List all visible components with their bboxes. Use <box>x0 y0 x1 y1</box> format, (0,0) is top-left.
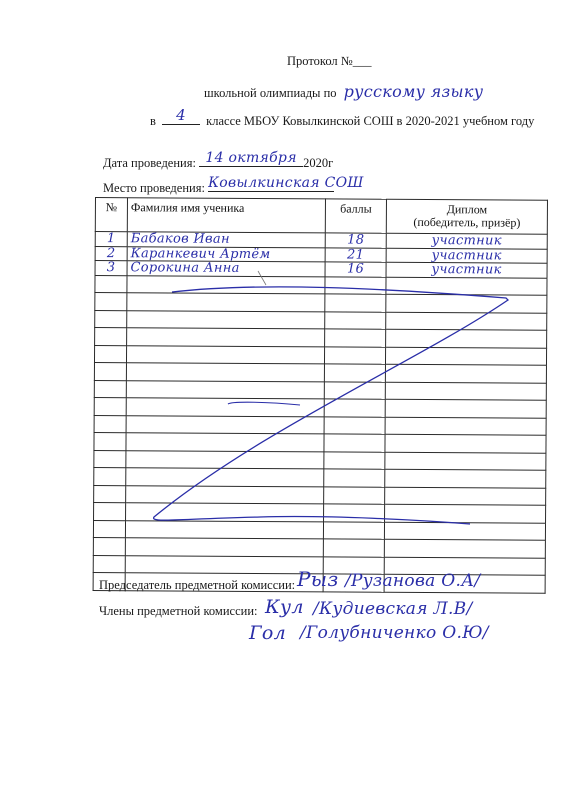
cell-diploma: участник <box>386 248 547 263</box>
cell-empty <box>324 416 385 434</box>
header-score: баллы <box>325 199 386 233</box>
cell-empty <box>95 328 127 346</box>
cell-empty <box>94 415 126 433</box>
grade-prefix: в <box>150 114 156 128</box>
cell-empty <box>324 434 385 452</box>
table-header-row: № Фамилия имя ученика баллы Диплом (побе… <box>95 198 547 235</box>
cell-empty <box>94 397 126 415</box>
cell-empty <box>127 293 325 312</box>
cell-empty <box>386 277 547 295</box>
cell-empty <box>95 293 127 311</box>
cell-empty <box>385 452 546 470</box>
cell-diploma: участник <box>386 233 547 248</box>
cell-empty <box>385 469 546 487</box>
cell-empty <box>386 294 547 312</box>
cell-score: 21 <box>325 247 386 262</box>
cell-empty <box>385 347 546 365</box>
cell-empty <box>324 451 385 469</box>
cell-num: 2 <box>95 246 127 261</box>
grade-handwritten: 4 <box>162 106 200 124</box>
header-name: Фамилия имя ученика <box>127 198 325 233</box>
cell-empty <box>126 450 324 469</box>
protocol-title: Протокол №___ <box>287 54 371 69</box>
cell-diploma-value: участник <box>431 262 501 277</box>
subject-handwritten: русскому языку <box>344 82 484 101</box>
cell-empty <box>94 362 126 380</box>
cell-empty <box>324 364 385 382</box>
cell-name-value: Сорокина Анна <box>131 260 240 276</box>
grade-suffix: классе МБОУ Ковылкинской СОШ в 2020-2021… <box>206 114 534 128</box>
cell-empty <box>127 328 325 347</box>
header-num: № <box>95 198 127 232</box>
cell-num-value: 3 <box>107 260 116 275</box>
cell-empty <box>385 434 546 452</box>
cell-empty <box>385 399 546 417</box>
place-blank: Ковылкинская СОШ <box>208 177 334 192</box>
cell-empty <box>385 382 546 400</box>
cell-empty <box>324 486 385 504</box>
cell-empty <box>385 487 546 505</box>
date-label: Дата проведения: <box>103 156 196 170</box>
cell-empty <box>93 537 125 555</box>
cell-empty <box>325 329 386 347</box>
cell-empty <box>126 503 324 522</box>
cell-empty <box>384 539 545 557</box>
olympiad-prefix: школьной олимпиады по <box>204 86 337 100</box>
cell-empty <box>95 310 127 328</box>
olympiad-line: школьной олимпиады по русскому языку <box>204 82 483 101</box>
cell-num-value: 1 <box>107 231 116 246</box>
chair-signature: Рыз <box>297 567 339 591</box>
cell-score-value: 18 <box>347 233 364 248</box>
place-label: Место проведения: <box>103 181 205 195</box>
cell-empty <box>385 364 546 382</box>
cell-empty <box>125 538 323 557</box>
cell-empty <box>126 380 324 399</box>
cell-empty <box>126 433 324 452</box>
cell-name-value: Бабаков Иван <box>131 231 230 247</box>
cell-empty <box>126 468 324 487</box>
member-2-name: /Голубниченко О.Ю/ <box>300 623 489 643</box>
cell-empty <box>126 485 324 504</box>
cell-empty <box>324 469 385 487</box>
cell-empty <box>126 415 324 434</box>
results-table: № Фамилия имя ученика баллы Диплом (побе… <box>93 197 548 593</box>
cell-empty <box>94 380 126 398</box>
cell-empty <box>94 485 126 503</box>
cell-diploma-value: участник <box>432 233 502 248</box>
member-1-name: /Кудиевская Л.В/ <box>313 599 473 619</box>
cell-empty <box>323 521 384 539</box>
members-label: Члены предметной комиссии: <box>99 604 257 619</box>
cell-empty <box>127 275 325 294</box>
cell-empty <box>94 432 126 450</box>
cell-empty <box>127 310 325 329</box>
cell-empty <box>385 417 546 435</box>
cell-name: Сорокина Анна <box>127 261 325 277</box>
cell-diploma: участник <box>386 262 547 277</box>
grade-blank: 4 <box>162 110 200 125</box>
date-suffix: 2020г <box>303 156 333 170</box>
cell-diploma-value: участник <box>432 248 502 263</box>
grade-line: в 4 классе МБОУ Ковылкинской СОШ в 2020-… <box>150 110 534 129</box>
cell-empty <box>125 520 323 539</box>
cell-score-value: 16 <box>347 262 364 277</box>
cell-empty <box>386 329 547 347</box>
cell-empty <box>384 522 545 540</box>
cell-empty <box>325 294 386 312</box>
cell-num: 3 <box>95 261 127 276</box>
cell-empty <box>94 502 126 520</box>
chair-name: /Рузанова О.А/ <box>345 571 480 591</box>
cell-empty <box>94 450 126 468</box>
cell-empty <box>385 504 546 522</box>
cell-empty <box>125 555 323 574</box>
cell-empty <box>324 346 385 364</box>
cell-empty <box>324 504 385 522</box>
chair-label: Председатель предметной комиссии: <box>99 578 295 593</box>
cell-empty <box>94 345 126 363</box>
cell-empty <box>386 312 547 330</box>
date-line: Дата проведения: 14 октября 2020г <box>103 152 333 171</box>
place-line: Место проведения: Ковылкинская СОШ <box>103 177 334 196</box>
cell-empty <box>94 467 126 485</box>
cell-num-value: 2 <box>107 246 116 261</box>
cell-score: 18 <box>325 233 386 248</box>
cell-empty <box>324 399 385 417</box>
cell-empty <box>126 398 324 417</box>
cell-empty <box>325 276 386 294</box>
cell-empty <box>323 539 384 557</box>
cell-score: 16 <box>325 262 386 277</box>
cell-empty <box>126 345 324 364</box>
header-diploma: Диплом (победитель, призёр) <box>386 199 547 234</box>
cell-empty <box>325 311 386 329</box>
table-row: 3Сорокина Анна16участник <box>95 261 547 278</box>
cell-empty <box>93 555 125 573</box>
member-1-signature: Кул <box>265 596 304 618</box>
table-body: 1Бабаков Иван18участник2Каранкевич Артём… <box>93 232 547 593</box>
cell-empty <box>93 520 125 538</box>
cell-empty <box>324 381 385 399</box>
cell-score-value: 21 <box>347 247 364 262</box>
date-blank: 14 октября <box>199 152 303 167</box>
cell-empty <box>95 275 127 293</box>
cell-num: 1 <box>95 232 127 247</box>
member-2-signature: Гол <box>249 622 286 644</box>
header-diploma-line2: (победитель, призёр) <box>390 216 544 230</box>
place-handwritten: Ковылкинская СОШ <box>208 175 334 191</box>
date-handwritten: 14 октября <box>199 150 303 166</box>
cell-empty <box>126 363 324 382</box>
cell-name-value: Каранкевич Артём <box>131 246 271 262</box>
